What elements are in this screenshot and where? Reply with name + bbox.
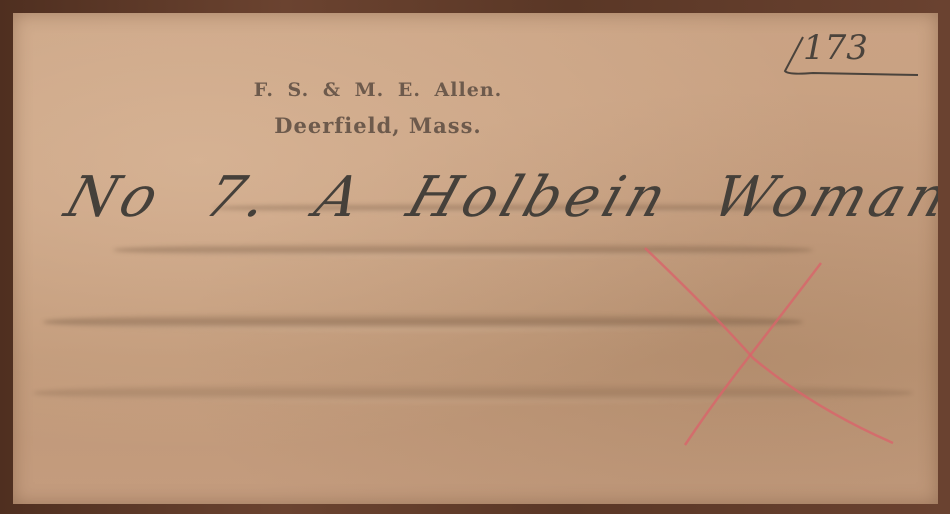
catalog-bracket-underline [785,37,918,75]
red-x-icon [645,248,893,445]
paper-label: F. S. & M. E. Allen. Deerfield, Mass. 17… [13,13,938,504]
mark-layer [13,13,938,504]
